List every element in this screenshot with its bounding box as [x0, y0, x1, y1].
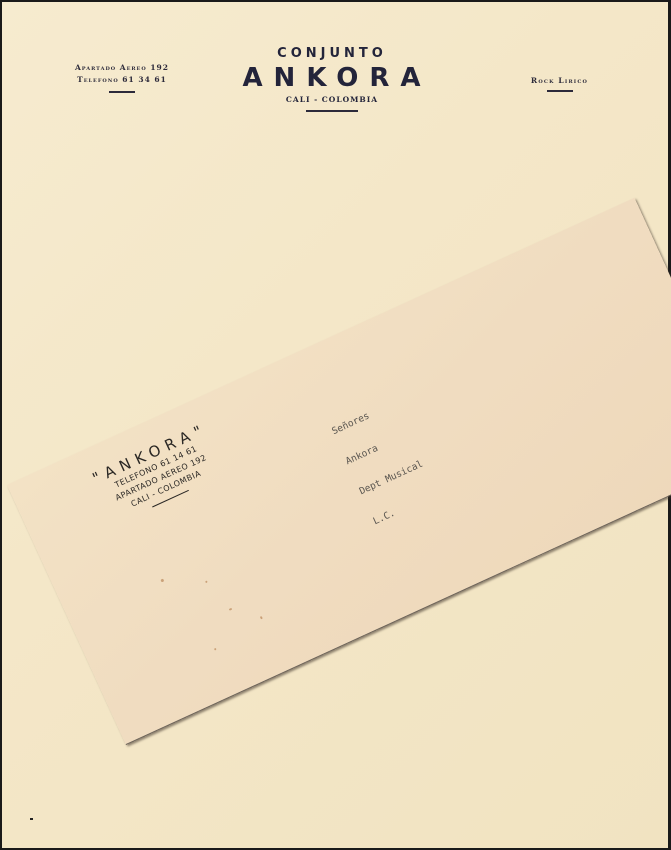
recipient-line: Señores: [330, 399, 397, 438]
scan-artifact: [30, 818, 33, 820]
recipient-line: Ankora: [344, 429, 411, 468]
divider: [306, 110, 358, 112]
foxing-spot: [205, 580, 208, 583]
foxing-spot: [229, 608, 233, 611]
envelope-recipient-address: Señores Ankora Dept Musical L.C.: [321, 379, 448, 548]
letterhead-contact-block: Apartado Aereo 192 Telefono 61 34 61: [52, 62, 192, 93]
foxing-spot: [260, 616, 263, 620]
recipient-line: L.C.: [371, 489, 438, 528]
divider: [547, 90, 573, 92]
letterhead-genre: Rock Lirico: [502, 76, 617, 85]
letterhead-title-block: CONJUNTO ANKORA CALI - COLOMBIA: [232, 46, 432, 112]
letterhead-phone: Telefono 61 34 61: [52, 74, 192, 86]
letterhead-genre-block: Rock Lirico: [502, 76, 617, 92]
foxing-spot: [214, 648, 217, 651]
divider: [109, 91, 135, 93]
letterhead-city: CALI - COLOMBIA: [232, 95, 432, 104]
foxing-spot: [160, 579, 164, 583]
letterhead-address: Apartado Aereo 192: [52, 62, 192, 74]
letterhead-subtitle: CONJUNTO: [232, 46, 432, 61]
letterhead-band-name: ANKORA: [242, 63, 432, 93]
recipient-line: Dept Musical: [358, 459, 425, 498]
